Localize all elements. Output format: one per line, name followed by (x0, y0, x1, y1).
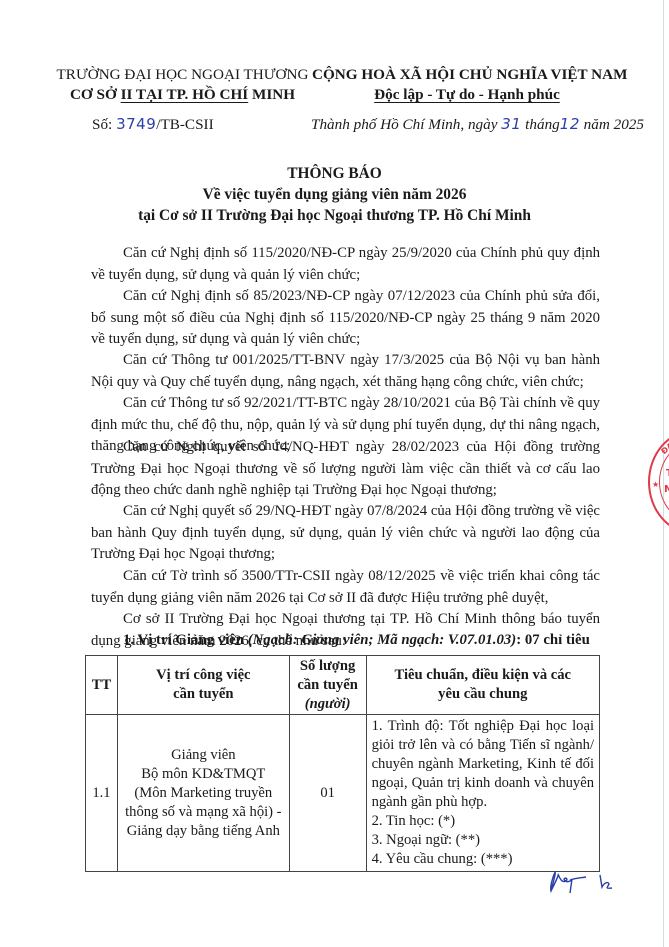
legal-basis-paragraph: Căn cứ Tờ trình số 3500/TTr-CSII ngày 08… (91, 566, 600, 609)
handwritten-month: 12 (560, 115, 580, 133)
table-row: 1.1 Giảng viên Bộ môn KD&TMQT (Môn Marke… (86, 715, 600, 872)
campus-name: CƠ SỞ II TẠI TP. HỒ CHÍ MINH (55, 85, 310, 105)
title-subject-line1: Về việc tuyển dụng giảng viên năm 2026 (0, 184, 669, 205)
legal-basis-paragraph: Căn cứ Nghị quyết số 29/NQ-HĐT ngày 07/8… (91, 501, 600, 566)
title-subject-line2: tại Cơ sở II Trường Đại học Ngoại thương… (0, 205, 669, 226)
legal-basis-paragraph: Căn cứ Thông tư 001/2025/TT-BNV ngày 17/… (91, 350, 600, 393)
table-header-row: TT Vị trí công việccần tuyển Số lượngcần… (86, 656, 600, 715)
cell-quantity: 01 (289, 715, 366, 872)
issue-date: Thành phố Hồ Chí Minh, ngày 31 tháng12 n… (311, 114, 644, 135)
handwritten-doc-number: 3749 (116, 115, 156, 133)
header-requirements: Tiêu chuẩn, điều kiện và cácyêu cầu chun… (366, 656, 599, 715)
header-position: Vị trí công việccần tuyển (117, 656, 289, 715)
cell-position: Giảng viên Bộ môn KD&TMQT (Môn Marketing… (117, 715, 289, 872)
org-header: TRƯỜNG ĐẠI HỌC NGOẠI THƯƠNG CƠ SỞ II TẠI… (55, 65, 310, 105)
handwritten-day: 31 (501, 115, 521, 133)
notice-title: THÔNG BÁO Về việc tuyển dụng giảng viên … (0, 163, 669, 226)
section-heading: 1. Vị trí Giảng viên (Ngạch: Giảng viên;… (123, 632, 590, 649)
cell-tt: 1.1 (86, 715, 118, 872)
cell-requirements: 1. Trình độ: Tốt nghiệp Đại học loại giỏ… (366, 715, 599, 872)
header-tt: TT (86, 656, 118, 715)
initials-scribble-icon (546, 869, 616, 899)
positions-table: TT Vị trí công việccần tuyển Số lượngcần… (85, 655, 600, 872)
signature-initials (546, 869, 616, 904)
legal-basis-paragraph: Căn cứ Nghị quyết số 14/NQ-HĐT ngày 28/0… (91, 437, 600, 502)
national-motto: Độc lập - Tự do - Hạnh phúc (312, 85, 622, 105)
header-quantity: Số lượngcần tuyển(người) (289, 656, 366, 715)
document-number: Số: 3749/TB-CSII (92, 114, 214, 135)
title-main: THÔNG BÁO (0, 163, 669, 184)
legal-basis-paragraph: Căn cứ Nghị định số 115/2020/NĐ-CP ngày … (91, 243, 600, 286)
official-seal-stamp: ĐẠI HỌC TR NG 1 ★ (648, 430, 669, 534)
country-name: CỘNG HOÀ XÃ HỘI CHỦ NGHĨA VIỆT NAM (312, 65, 622, 85)
seal-star-icon: ★ (652, 480, 659, 489)
university-name: TRƯỜNG ĐẠI HỌC NGOẠI THƯƠNG (55, 65, 310, 85)
national-header: CỘNG HOÀ XÃ HỘI CHỦ NGHĨA VIỆT NAM Độc l… (312, 65, 622, 105)
legal-basis-paragraph: Căn cứ Nghị định số 85/2023/NĐ-CP ngày 0… (91, 286, 600, 351)
